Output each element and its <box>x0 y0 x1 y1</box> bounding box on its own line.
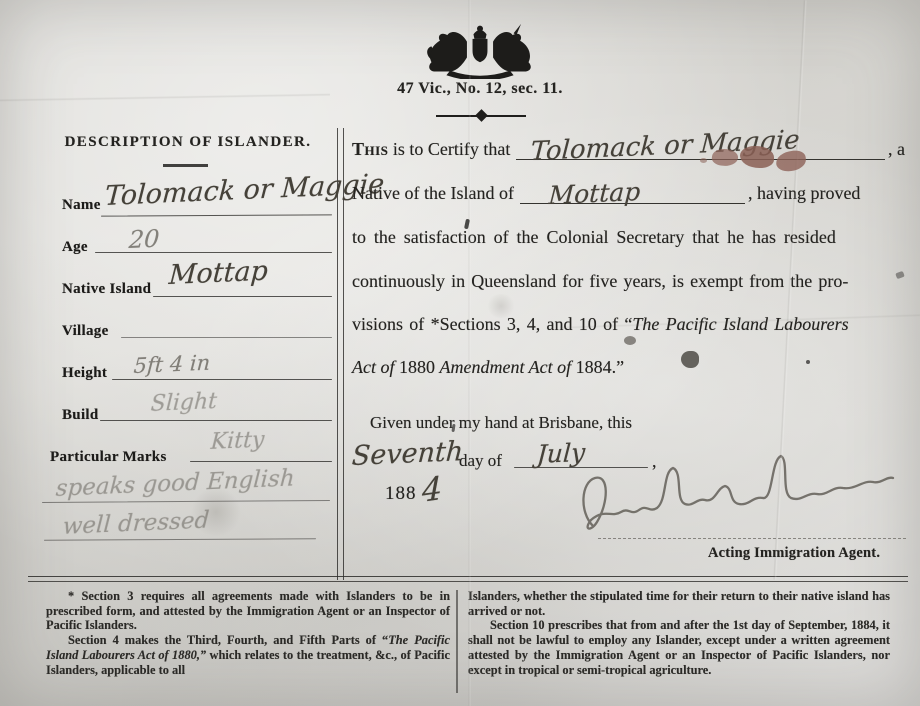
certificate-island-value: Mottap <box>548 181 641 207</box>
height-field-label: Height <box>62 365 107 382</box>
certificate-line5-roman: visions of *Sections 3, 4, and 10 of “ <box>352 314 632 334</box>
footnote-right-column: Islanders, whether the stipulated time f… <box>468 589 890 677</box>
particular-marks-field-label: Particular Marks <box>50 449 167 466</box>
certificate-intro-rest: is to Certify that <box>388 139 510 159</box>
diamond-divider-icon <box>436 110 526 122</box>
year-hand-digit: 4 <box>422 469 442 510</box>
day-value: Seventh <box>351 436 464 472</box>
certificate-line5-italic: The Pacific Island Labourers <box>632 314 848 334</box>
ink-mark <box>806 360 810 364</box>
signature-rule <box>598 538 906 539</box>
certificate-line6-amendment: Amendment Act of <box>440 357 576 377</box>
footnote-column-divider <box>456 590 458 693</box>
certificate-line-6: Act of 1880 Amendment Act of 1884.” <box>352 356 905 378</box>
footer-divider-rule <box>28 576 908 582</box>
certificate-line-4: continuously in Queensland for five year… <box>352 270 905 292</box>
certificate-line-2: Native of the Island of Mottap , having … <box>352 182 905 204</box>
certificate-after-name: , a <box>888 138 905 160</box>
certificate-line-5: visions of *Sections 3, 4, and 10 of “Th… <box>352 313 905 335</box>
certificate-intro: This is to Certify that <box>352 138 510 160</box>
footnote-section10: Section 10 prescribes that from and afte… <box>468 618 890 677</box>
particular-marks-field-value: Kitty <box>210 428 265 455</box>
footnote-section3: * Section 3 requires all agreements made… <box>46 589 450 633</box>
native-island-field-value: Mottap <box>168 256 269 291</box>
certificate-line2-suffix: , having proved <box>748 182 860 204</box>
year-printed: 188 <box>385 483 417 505</box>
particular-marks-extra-value: speaks good English <box>55 465 295 502</box>
village-field-rule <box>121 337 332 338</box>
signature-scrawl <box>575 438 905 550</box>
native-island-field-rule <box>153 296 332 297</box>
certificate-line6-year2: 1884.” <box>576 357 625 377</box>
build-field-value: Slight <box>150 389 218 417</box>
certificate-line2-prefix: Native of the Island of <box>352 182 514 204</box>
red-ink-blot <box>740 146 774 168</box>
certificate-line6-act: Act of <box>352 357 399 377</box>
paper-crease <box>0 93 330 102</box>
particular-marks-field-rule <box>190 461 332 462</box>
height-field-rule <box>112 379 332 380</box>
description-panel-title: DESCRIPTION OF ISLANDER. <box>40 134 336 151</box>
build-field-rule <box>100 420 332 421</box>
name-field-label: Name <box>62 197 101 214</box>
height-field-value: 5ft 4 in <box>133 351 211 378</box>
statute-reference: 47 Vic., No. 12, sec. 11. <box>310 80 650 98</box>
certificate-line-3: to the satisfaction of the Colonial Secr… <box>352 226 905 248</box>
footnote-section4-text: Section 4 makes the Third, Fourth, and F… <box>68 633 388 647</box>
name-field-rule <box>101 214 332 217</box>
footnote-continuation: Islanders, whether the stipulated time f… <box>468 589 890 618</box>
certificate-island-rule: Mottap <box>520 183 745 204</box>
title-underline-rule <box>163 164 208 167</box>
coat-of-arms-icon <box>424 23 536 79</box>
grey-ink-dot <box>624 336 636 345</box>
footnote-section4: Section 4 makes the Third, Fourth, and F… <box>46 633 450 677</box>
given-under-hand-line: Given under my hand at Brisbane, this <box>352 412 905 434</box>
certificate-line6-year1: 1880 <box>399 357 440 377</box>
village-field-label: Village <box>62 323 109 340</box>
day-of-label: day of <box>459 451 502 471</box>
certificate-intro-word: This <box>352 139 388 159</box>
red-ink-speck <box>700 158 707 163</box>
grey-ink-blot <box>681 351 699 368</box>
build-field-label: Build <box>62 407 99 424</box>
footnote-left-column: * Section 3 requires all agreements made… <box>46 589 450 677</box>
certificate-name-rule: Tolomack or Maggie <box>516 139 885 160</box>
age-field-label: Age <box>62 239 88 256</box>
native-island-field-label: Native Island <box>62 281 151 298</box>
particular-marks-extra-value: well dressed <box>62 508 210 540</box>
age-field-value: 20 <box>128 225 160 254</box>
certificate-line-1: This is to Certify that Tolomack or Magg… <box>352 138 905 160</box>
certificate-document: 47 Vic., No. 12, sec. 11. DESCRIPTION OF… <box>0 0 920 706</box>
signature-caption: Acting Immigration Agent. <box>708 545 880 562</box>
